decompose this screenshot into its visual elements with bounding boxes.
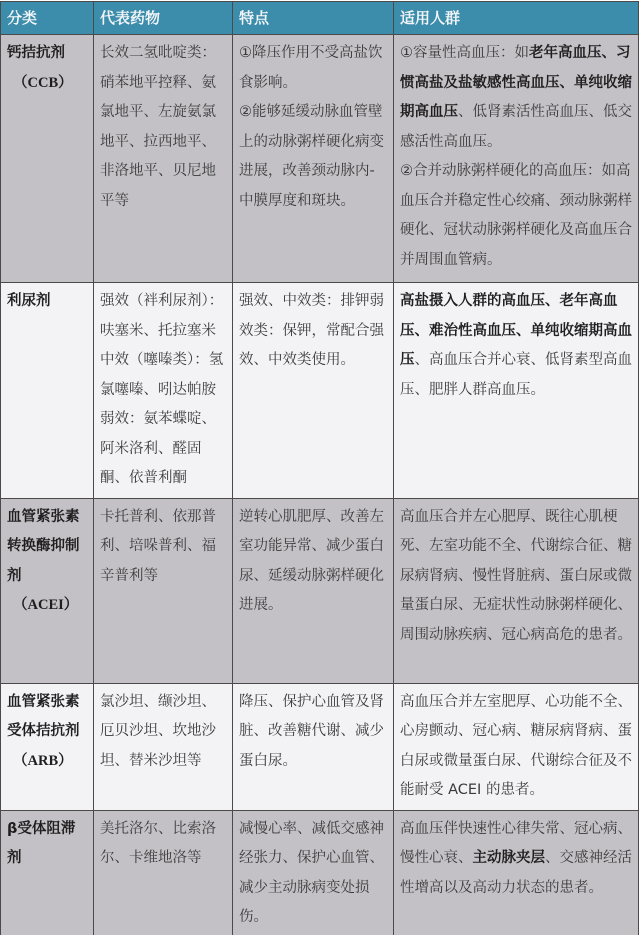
- category-name: 利尿剂: [7, 293, 51, 309]
- feature-item: ①降压作用不受高盐饮食影响。: [239, 39, 387, 98]
- features-cell: 降压、保护心血管及肾脏、改善糖代谢、减少蛋白尿。: [233, 683, 394, 810]
- drugs-cell: 氯沙坦、缬沙坦、厄贝沙坦、坎地沙坦、替米沙坦等: [94, 683, 233, 810]
- category-abbr: （CCB）: [7, 69, 87, 99]
- category-name: 钙拮抗剂: [7, 45, 65, 61]
- category-cell: 血管紧张素转换酶抑制剂 （ACEI）: [1, 498, 94, 683]
- table-row-acei: 血管紧张素转换酶抑制剂 （ACEI） 卡托普利、依那普利、培哚普利、福辛普利等 …: [1, 498, 639, 683]
- drugs-cell: 美托洛尔、比索洛尔、卡维地洛等: [94, 810, 233, 935]
- header-row: 分类 代表药物 特点 适用人群: [1, 2, 639, 35]
- features-cell: 逆转心肌肥厚、改善左室功能异常、减少蛋白尿、延缓动脉粥样硬化进展。: [233, 498, 394, 683]
- drugs-cell: 长效二氢吡啶类：硝苯地平控释、氨氯地平、左旋氨氯地平、拉西地平、非洛地平、贝尼地…: [94, 35, 233, 283]
- population-text: 、高血压合并心衰、低肾素型高血压、肥胖人群高血压。: [400, 352, 632, 398]
- header-population: 适用人群: [394, 2, 639, 35]
- table-row-beta-blocker: β受体阻滞剂 美托洛尔、比索洛尔、卡维地洛等 减慢心率、减低交感神经张力、保护心…: [1, 810, 639, 935]
- category-cell: 钙拮抗剂 （CCB）: [1, 35, 94, 283]
- header-features: 特点: [233, 2, 394, 35]
- feature-item: ②能够延缓动脉血管壁上的动脉粥样硬化病变进展，改善颈动脉内-中膜厚度和斑块。: [239, 98, 387, 216]
- population-cell: 高盐摄入人群的高血压、老年高血压、难治性高血压、单纯收缩期高血压、高血压合并心衰…: [394, 283, 639, 499]
- table-row-diuretic: 利尿剂 强效（袢利尿剂）：呋塞米、托拉塞米中效（噻嗪类）：氢氯噻嗪、吲达帕胺弱效…: [1, 283, 639, 499]
- drugs-cell: 强效（袢利尿剂）：呋塞米、托拉塞米中效（噻嗪类）：氢氯噻嗪、吲达帕胺弱效：氨苯蝶…: [94, 283, 233, 499]
- header-category: 分类: [1, 2, 94, 35]
- population-cell: ①容量性高血压：如老年高血压、习惯高盐及盐敏感性高血压、单纯收缩期高血压、低肾素…: [394, 35, 639, 283]
- table-row-ccb: 钙拮抗剂 （CCB） 长效二氢吡啶类：硝苯地平控释、氨氯地平、左旋氨氯地平、拉西…: [1, 35, 639, 283]
- table-row-arb: 血管紧张素受体拮抗剂 （ARB） 氯沙坦、缬沙坦、厄贝沙坦、坎地沙坦、替米沙坦等…: [1, 683, 639, 810]
- features-cell: ①降压作用不受高盐饮食影响。 ②能够延缓动脉血管壁上的动脉粥样硬化病变进展，改善…: [233, 35, 394, 283]
- population-cell: 高血压伴快速性心律失常、冠心病、慢性心衰、主动脉夹层、交感神经活性增高以及高动力…: [394, 810, 639, 935]
- population-item-2: ②合并动脉粥样硬化的高血压：如高血压合并稳定性心绞痛、颈动脉粥样硬化、冠状动脉粥…: [400, 157, 632, 275]
- population-emphasis: 主动脉夹层: [473, 850, 546, 866]
- category-cell: 血管紧张素受体拮抗剂 （ARB）: [1, 683, 94, 810]
- category-name: 血管紧张素受体拮抗剂: [7, 694, 80, 740]
- features-cell: 强效、中效类：排钾弱效类：保钾，常配合强效、中效类使用。: [233, 283, 394, 499]
- population-cell: 高血压合并左室肥厚、心功能不全、心房颤动、冠心病、糖尿病肾病、蛋白尿或微量蛋白尿…: [394, 683, 639, 810]
- category-abbr: （ARB）: [7, 747, 87, 777]
- category-name: β受体阻滞剂: [7, 821, 75, 867]
- population-text: ①容量性高血压：如: [400, 45, 529, 61]
- population-item-1: ①容量性高血压：如老年高血压、习惯高盐及盐敏感性高血压、单纯收缩期高血压、低肾素…: [400, 39, 632, 157]
- drugs-cell: 卡托普利、依那普利、培哚普利、福辛普利等: [94, 498, 233, 683]
- antihypertensive-drug-table: 分类 代表药物 特点 适用人群 钙拮抗剂 （CCB） 长效二氢吡啶类：硝苯地平控…: [0, 1, 639, 935]
- features-cell: 减慢心率、减低交感神经张力、保护心血管、减少主动脉病变处损伤。: [233, 810, 394, 935]
- header-drugs: 代表药物: [94, 2, 233, 35]
- population-cell: 高血压合并左心肥厚、既往心肌梗死、左室功能不全、代谢综合征、糖尿病肾病、慢性肾脏…: [394, 498, 639, 683]
- category-cell: β受体阻滞剂: [1, 810, 94, 935]
- category-abbr: （ACEI）: [7, 591, 87, 621]
- category-cell: 利尿剂: [1, 283, 94, 499]
- category-name: 血管紧张素转换酶抑制剂: [7, 509, 80, 584]
